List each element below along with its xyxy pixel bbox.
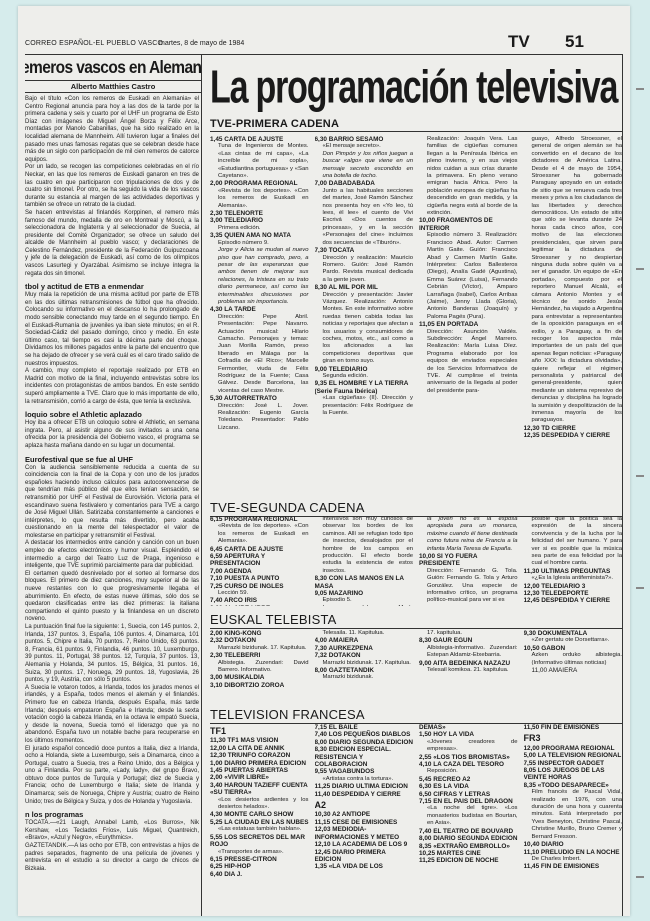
network-subheading: A2	[315, 802, 414, 809]
article-paragraph: El certamen quedó desnivelado por el sor…	[25, 571, 199, 624]
program-title: 1,35 «LA VIDA DE LOS	[315, 863, 414, 870]
program-entry: 10,00 FRAGMENTOS DE INTERIOREpisodio núm…	[419, 217, 518, 321]
program-title: 2,00 PROGRAMA REGIONAL	[210, 180, 309, 187]
program-entry: 11,30 ULTIMAS PREGUNTAS«¿Es la Iglesia a…	[524, 568, 623, 583]
program-entry: intensivos son muy curiosos de observar …	[315, 516, 414, 575]
program-entry: 12,45 DIARIO PRIMERA EDICION	[315, 849, 414, 864]
listing-column: 11,50 FIN DE EMISIONESFR312,00 PROGRAMA …	[524, 724, 623, 884]
program-entry: 12,00 TELEDIARIO 3	[524, 583, 623, 590]
listing-column: Realización: Joaquín Vera. Las familias …	[419, 136, 518, 496]
program-title: 7,30 TOCATA	[315, 247, 414, 254]
channel-heading-3: TELEVISION FRANCESA	[210, 707, 622, 724]
article-paragraph: TOCATA.—«21 Laugh, Annabel Lamb, «Los Bu…	[25, 820, 199, 843]
program-title: 4,30 MONTE CARLO SHOW	[210, 811, 309, 818]
program-title: 7,10 PUESTA A PUNTO	[210, 575, 309, 582]
program-title: 6,40 DIA J.	[210, 871, 309, 878]
channel-grid: TF111,30 TF1 MAS VISION12,00 LA CITA DE …	[210, 724, 622, 884]
listing-column: 17. kapitulua.8,30 GAUR EGUNAlbistegia-i…	[419, 630, 518, 700]
program-entry: 2,30 TELEBERRIAlbistegia. Zuzendari: Dav…	[210, 652, 309, 674]
program-title: 6,30 ES LA VIDA	[419, 783, 518, 790]
program-title: 8,00 DIARIO SEGUNDA EDICION	[419, 835, 518, 842]
program-entry: 11,30 TF1 MAS VISION	[210, 737, 309, 744]
program-entry: 8,05 LOS JUEGOS DE LAS VEINTE HORAS	[524, 767, 623, 782]
program-title: 12,00 TELEDIARIO 3	[524, 583, 623, 590]
program-description: «Las estatuas también hablan».	[210, 826, 309, 833]
program-entry: 7,40 ARCO IRIS	[210, 597, 309, 604]
program-title: 8,05 LOS JUEGOS DE LAS VEINTE HORAS	[524, 767, 623, 782]
program-entry: 1,35 «LA VIDA DE LOS	[315, 863, 414, 870]
program-entry: 3,00 TELEDIARIOPrimera edición.	[210, 217, 309, 232]
program-title: 5,00 LA TELEVISION REGIONAL	[524, 752, 623, 759]
program-description: «¿Es la Iglesia antifeminista?».	[524, 575, 623, 582]
program-title: 4,10 LA CAZA DEL TESORO	[419, 761, 518, 768]
program-title: 8,30 AL MIL POR MIL	[315, 284, 414, 291]
program-title: 10,50 GABON	[524, 645, 623, 652]
program-entry: 5,25 LA CIUDAD EN LAS NUBES«Las estatuas…	[210, 819, 309, 834]
program-synopsis: Jorge y Alicia se mudan al nuevo piso qu…	[210, 247, 309, 306]
program-description: Tuna de Ingenieros de Montes. «Las cinta…	[210, 143, 309, 180]
program-entry: 9,05 MAZARINOEpisodio 5.Los amores del r…	[315, 590, 414, 606]
program-title: 11,45 FIN DE EMISIONES	[524, 863, 623, 870]
program-synopsis: la joven no es la esposa apropiada para …	[419, 516, 518, 553]
left-article: emeros vascos en Alemania Alberto Matthi…	[25, 54, 202, 916]
program-title: 9,55 VAGABUNDOS	[315, 768, 414, 775]
listing-column: 6,15 PROGRAMA REGIONAL«Revista de los de…	[210, 516, 309, 606]
program-title: 6,15 PRESSE-CITRON	[210, 856, 309, 863]
program-title: 8,30 GAUR EGUN	[419, 637, 518, 644]
program-entry: 11,15 CESE DE EMISIONES	[315, 819, 414, 826]
program-entry: 8,00 GAZTETANDIKMarrazki bizidunak.	[315, 667, 414, 682]
program-entry: 7,15 EN EL PAIS DEL DRAGON«La noche del …	[419, 798, 518, 828]
program-entry: 8,00 DIARIO SEGUNDA EDICION	[419, 835, 518, 842]
program-description: Reposición.	[419, 768, 518, 775]
program-entry: 9,00 TELEDIARIOSegunda edición.	[315, 366, 414, 381]
program-entry: 10,50 GABONAzken orduko albistegia. (Inf…	[524, 645, 623, 667]
article-paragraph: A cambio, muy completo el reportaje real…	[25, 368, 199, 406]
program-entry: 10,00 SI YO FUERA PRESIDENTEDirección: F…	[419, 553, 518, 605]
program-entry: 4,30 LA TARDEDirección: Pepe Abril. Pres…	[210, 306, 309, 395]
program-entry: 9,35 EL HOMBRE Y LA TIERRA (Serie Fauna …	[315, 380, 414, 417]
program-description: Dirección y presentación: Javier Vázquez…	[315, 292, 414, 366]
program-title: 11,30 ULTIMAS PREGUNTAS	[524, 568, 623, 575]
program-description: «Las cigüeñas» (II). Dirección y present…	[315, 395, 414, 417]
program-description: Dirección: Asunción Valdés. Subdirección…	[419, 329, 518, 396]
program-entry: 7,40 LOS PEQUEÑOS DIABLOS	[315, 731, 414, 738]
program-description: Azken orduko albistegia. (Informativo úl…	[524, 652, 623, 667]
program-title: 9,30 DOKUMENTALA	[524, 630, 623, 637]
program-title: 12,10 LA ACADEMIA DE LOS 9	[315, 841, 414, 848]
channel-heading-2: EUSKAL TELEBISTA	[210, 612, 622, 629]
program-description: De Charles Imbert.	[524, 856, 623, 863]
article-paragraph: A Suecia le votaron todos, a Irlanda, to…	[25, 685, 199, 746]
program-entry: 1,00 DIARIO PRIMERA EDICION	[210, 760, 309, 767]
program-title: 12,30 TD CIERRE	[524, 425, 623, 432]
program-title: 12,30 TELEDEPORTE	[524, 590, 623, 597]
article-paragraph: La puntuación final fue la siguiente: 1,…	[25, 624, 199, 685]
program-entry: 7,00 AGENDA	[210, 568, 309, 575]
program-description: Albistegia-informativo. Zuzendari: Estep…	[419, 645, 518, 660]
program-entry: 5,00 LA TELEVISION REGIONAL	[524, 752, 623, 759]
program-title: 8,30 CON LAS MANOS EN LA MASA	[315, 575, 414, 590]
program-title: 11,05 EN PORTADA	[419, 321, 518, 328]
program-entry: 12,45 DESPEDIDA Y CIERRE	[524, 597, 623, 604]
program-title: 8,35 «EXTRAÑO EMBROLLO»	[419, 843, 518, 850]
program-description: Albistegia. Zuzendari: David Barrero. In…	[210, 660, 309, 675]
program-description: «La noche del tigre». «Los monasterios b…	[419, 805, 518, 827]
program-description: «Los desiertos ardientes y los desiertos…	[210, 797, 309, 812]
program-entry: 6,15 PROGRAMA REGIONAL«Revista de los de…	[210, 516, 309, 546]
article-paragraph: Por un lado, se recogen las competicione…	[25, 164, 199, 210]
listing-column: 9,30 DOKUMENTALA«Zer gertatu ote Dorsett…	[524, 630, 623, 700]
program-title: 5,45 RECREO A2	[419, 776, 518, 783]
listing-column: posible que la política sea la expresión…	[524, 516, 623, 606]
program-entry: 11,05 EN PORTADADirección: Asunción Vald…	[419, 321, 518, 395]
program-entry: 2,30 TELENORTE	[210, 210, 309, 217]
program-entry: 12,10 LA ACADEMIA DE LOS 9	[315, 841, 414, 848]
program-title: 12,45 DESPEDIDA Y CIERRE	[524, 597, 623, 604]
program-description: Episodio 5.	[315, 597, 414, 604]
program-title: 7,32 DOTAKON	[315, 652, 414, 659]
program-description: Lección 59.	[210, 590, 309, 597]
program-entry: 8,00 AL AIRE LIBRE«El efecto borde». En …	[210, 605, 309, 606]
program-synopsis: Los amores del rey con María preocupan a…	[315, 605, 414, 606]
program-description: posible que la política sea la expresión…	[524, 516, 623, 568]
article-paragraph: El jurado español concedió doce puntos a…	[25, 746, 199, 807]
program-title: 7,40 EL TEATRO DE BOUVARD	[419, 828, 518, 835]
program-title: 6,59 APERTURA Y PRESENTACION	[210, 553, 309, 568]
program-entry: 7,40 EL TEATRO DE BOUVARD	[419, 828, 518, 835]
article-byline: Alberto Matthies Castro	[25, 80, 201, 93]
program-entry: 12,30 TRIUNFO CORAZON	[210, 752, 309, 759]
scan-artifact	[636, 268, 644, 270]
program-title: 7,40 ARCO IRIS	[210, 597, 309, 604]
program-entry: 2,00 KING-KONG	[210, 630, 309, 637]
program-entry: 2,00 «VIVIR LIBRE»	[210, 774, 309, 781]
program-title: 11,30 TF1 MAS VISION	[210, 737, 309, 744]
program-title: 12,00 LA CITA DE ANNIK	[210, 745, 309, 752]
program-title: 7,55 INSPECTOR GADGET	[524, 760, 623, 767]
program-title: 8,30 EDICION ESPECIAL. RESISTENCIA Y COL…	[315, 746, 414, 768]
program-entry: 5,55 LOS SECRETOS DEL MAR ROJO«Transport…	[210, 834, 309, 856]
channel-grid: 6,15 PROGRAMA REGIONAL«Revista de los de…	[210, 516, 622, 606]
channel-grid: 2,00 KING-KONG2,32 DOTAKONMarrazki bizid…	[210, 630, 622, 700]
newspaper-name: CORREO ESPAÑOL-EL PUEBLO VASCO	[25, 40, 163, 47]
program-title: 1,45 PUERTAS ABIERTAS	[210, 767, 309, 774]
program-entry: 10,40 DIARIO	[524, 841, 623, 848]
program-entry: 11,45 FIN DE EMISIONES	[524, 863, 623, 870]
listing-column: TF111,30 TF1 MAS VISION12,00 LA CITA DE …	[210, 724, 309, 884]
program-entry: 12,00 PROGRAMA REGIONAL	[524, 745, 623, 752]
program-entry: 11,10 PRELUDIO EN LA NOCHEDe Charles Imb…	[524, 849, 623, 864]
program-title: 4,30 LA TARDE	[210, 306, 309, 313]
program-description: Telesaila. 11. Kapitulua.	[315, 630, 414, 637]
program-entry: 7,55 INSPECTOR GADGET	[524, 760, 623, 767]
program-title: 2,32 DOTAKON	[210, 637, 309, 644]
channel-heading-0: TVE-PRIMERA CADENA	[210, 118, 622, 132]
program-description: Marrazki bizidunak.	[315, 674, 414, 681]
program-title: 4,00 AMAIERA	[315, 637, 414, 644]
program-description: Episodio número 9.	[210, 240, 309, 247]
program-description: Dirección: Fernando G. Tola. Guión: Fern…	[419, 568, 518, 605]
program-title: 8,00 DIARIO SEGUNDA EDICION	[315, 739, 414, 746]
program-entry: 11,00 AMAIERA	[524, 667, 623, 674]
article-subheading: n los programas	[25, 810, 201, 819]
program-entry: 12,30 TELEDEPORTE	[524, 590, 623, 597]
program-entry: 8,30 AL MIL POR MILDirección y presentac…	[315, 284, 414, 365]
program-description: Dirección: Pepe Abril. Presentación: Pep…	[210, 314, 309, 395]
program-title: 1,00 DIARIO PRIMERA EDICION	[210, 760, 309, 767]
article-subheading: tbol y actitud de ETB a enmendar	[25, 282, 201, 291]
listing-column: Telesaila. 11. Kapitulua.4,00 AMAIERA7,3…	[315, 630, 414, 700]
program-entry: 8,00 DIARIO SEGUNDA EDICION	[315, 739, 414, 746]
article-paragraph: Se hacen entrevistas al finlandés Korppi…	[25, 210, 199, 278]
program-title: 7,30 AURKEZPENA	[315, 645, 414, 652]
program-description: Marrazki bizidunak. 17. Kapitulua.	[315, 660, 414, 667]
program-title: 7,40 LOS PEQUEÑOS DIABLOS	[315, 731, 414, 738]
right-rule	[622, 54, 623, 916]
program-title: 10,00 SI YO FUERA PRESIDENTE	[419, 553, 518, 568]
article-paragraph: Muy mala la repetición de una misma acti…	[25, 292, 199, 368]
program-entry: 10,30 A2 ANTIOPE	[315, 811, 414, 818]
program-entry: 12,00 LA CITA DE ANNIK	[210, 745, 309, 752]
program-description: Marrazki bizidunak. 17. Kapitulua.	[210, 645, 309, 652]
program-entry: 7,32 DOTAKONMarrazki bizidunak. 17. Kapi…	[315, 652, 414, 667]
program-description: «El mensaje secreto».	[315, 143, 414, 150]
program-entry: 11,25 EDICION DE NOCHE	[419, 857, 518, 864]
program-description: Primera edición.	[210, 225, 309, 232]
listing-column: 1,45 CARTA DE AJUSTETuna de Ingenieros d…	[210, 136, 309, 496]
program-description: Junto a las habituales secciones del mar…	[315, 188, 414, 247]
program-title: 6,25 HIP-HOP	[210, 863, 309, 870]
program-entry: 6,50 CIFRAS Y LETRAS	[419, 791, 518, 798]
section-label: TV	[508, 32, 530, 52]
program-entry: 8,30 EDICION ESPECIAL. RESISTENCIA Y COL…	[315, 746, 414, 768]
program-title: 5,25 LA CIUDAD EN LAS NUBES	[210, 819, 309, 826]
program-title: 8,35 «TODO DESAPARECE»	[524, 782, 623, 789]
program-entry: 17. kapitulua.	[419, 630, 518, 637]
program-title: 3,00 TELEDIARIO	[210, 217, 309, 224]
program-description: «Jóvenes creadores de empresas».	[419, 739, 518, 754]
program-synopsis: Don Pimpón y los niños juegan a buscar «…	[315, 151, 414, 181]
program-entry: 6,59 APERTURA Y PRESENTACION	[210, 553, 309, 568]
network-subheading: FR3	[524, 735, 623, 742]
article-subheading: loquio sobre el Athletic aplazado	[25, 410, 201, 419]
program-entry: 8,30 CON LAS MANOS EN LA MASA	[315, 575, 414, 590]
program-title: 6,50 CIFRAS Y LETRAS	[419, 791, 518, 798]
program-entry: 2,32 DOTAKONMarrazki bizidunak. 17. Kapi…	[210, 637, 309, 652]
program-entry: la joven no es la esposa apropiada para …	[419, 516, 518, 553]
scan-artifact	[636, 88, 644, 90]
program-entry: 3,35 QUIEN AMA NO MATAEpisodio número 9.…	[210, 232, 309, 306]
listing-column: la joven no es la esposa apropiada para …	[419, 516, 518, 606]
program-entry: 12,35 DESPEDIDA Y CIERRE	[524, 432, 623, 439]
program-title: 6,30 BARRIO SESAMO	[315, 136, 414, 143]
program-title: 9,35 EL HOMBRE Y LA TIERRA (Serie Fauna …	[315, 380, 414, 395]
program-entry: DEMAS»	[419, 724, 518, 731]
program-entry: guayo, Alfredo Stroessner, el general de…	[524, 136, 623, 425]
listing-column: DEMAS»1,50 HOY LA VIDA«Jóvenes creadores…	[419, 724, 518, 884]
program-description: «Transportes de armas».	[210, 849, 309, 856]
program-title: 11,15 CESE DE EMISIONES	[315, 819, 414, 826]
program-entry: 1,50 HOY LA VIDA«Jóvenes creadores de em…	[419, 731, 518, 753]
program-title: 12,00 PROGRAMA REGIONAL	[524, 745, 623, 752]
program-entry: 8,35 «EXTRAÑO EMBROLLO»	[419, 843, 518, 850]
program-title: 10,40 DIARIO	[524, 841, 623, 848]
program-title: 9,00 TELEDIARIO	[315, 366, 414, 373]
program-description: «Zer gertatu ote Dorsettarra».	[524, 637, 623, 644]
article-paragraph: GAZTETANDIK.—A las ocho por ETB, con ent…	[25, 843, 199, 873]
channel-grid: 1,45 CARTA DE AJUSTETuna de Ingenieros d…	[210, 136, 622, 496]
listing-column: 6,30 BARRIO SESAMO«El mensaje secreto».D…	[315, 136, 414, 496]
network-subheading: TF1	[210, 728, 309, 735]
program-title: 2,30 TELENORTE	[210, 210, 309, 217]
program-description: Segunda edición.	[315, 373, 414, 380]
program-title: 7,25 CURSO DE INGLES	[210, 583, 309, 590]
program-entry: 3,00 MUSIKALDIA	[210, 674, 309, 681]
program-title: 1,45 CARTA DE AJUSTE	[210, 136, 309, 143]
listing-column: 2,00 KING-KONG2,32 DOTAKONMarrazki bizid…	[210, 630, 309, 700]
program-description: guayo, Alfredo Stroessner, el general de…	[524, 136, 623, 425]
program-title: 9,05 MAZARINO	[315, 590, 414, 597]
program-title: 6,45 CARTA DE AJUSTE	[210, 546, 309, 553]
program-title: 3,00 MUSIKALDIA	[210, 674, 309, 681]
scan-artifact	[636, 876, 644, 878]
program-entry: 5,30 AUTORRETRATODirección: José L. Jove…	[210, 395, 309, 432]
program-entry: 6,15 PRESSE-CITRON	[210, 856, 309, 863]
program-title: 11,25 DIARIO ULTIMA EDICION	[315, 783, 414, 790]
page-header: CORREO ESPAÑOL-EL PUEBLO VASCO martes, 8…	[25, 32, 622, 55]
program-entry: 1,45 CARTA DE AJUSTETuna de Ingenieros d…	[210, 136, 309, 180]
page-number: 51	[565, 32, 584, 52]
program-title: 11,10 PRELUDIO EN LA NOCHE	[524, 849, 623, 856]
program-entry: 4,10 LA CAZA DEL TESOROReposición.	[419, 761, 518, 776]
program-entry: 9,00 AITA BEDEINKA NAZAZUTelesail komiko…	[419, 660, 518, 675]
listing-column: 7,15 EL BAILE7,40 LOS PEQUEÑOS DIABLOS8,…	[315, 724, 414, 884]
program-entry: 12,30 TD CIERRE	[524, 425, 623, 432]
article-paragraph: Bajo el título «Con los remeros de Euska…	[25, 96, 199, 164]
program-title: 3,10 DIBORTZIO ZOROA	[210, 682, 309, 689]
program-entry: 6,40 DIA J.	[210, 871, 309, 878]
program-title: 6,15 PROGRAMA REGIONAL	[210, 516, 309, 523]
program-entry: posible que la política sea la expresión…	[524, 516, 623, 568]
program-title: 3,40 HAROUN TAZIEFF CUENTA «SU TIERRA»	[210, 782, 309, 797]
program-title: 10,00 FRAGMENTOS DE INTERIOR	[419, 217, 518, 232]
program-entry: 3,10 DIBORTZIO ZOROA	[210, 682, 309, 689]
article-paragraph: Con la audiencia sensiblemente reducida …	[25, 465, 199, 541]
program-description: Dirección y realización: Mauricio Romero…	[315, 255, 414, 285]
program-entry: 1,45 PUERTAS ABIERTAS	[210, 767, 309, 774]
program-entry: 6,30 BARRIO SESAMO«El mensaje secreto».D…	[315, 136, 414, 180]
program-entry: 5,45 RECREO A2	[419, 776, 518, 783]
program-title: 2,30 TELEBERRI	[210, 652, 309, 659]
program-entry: 12,03 MEDIODIA-INFORMACIONES Y METEO	[315, 826, 414, 841]
listing-column: intensivos son muy curiosos de observar …	[315, 516, 414, 606]
program-title: 12,30 TRIUNFO CORAZON	[210, 752, 309, 759]
program-title: 11,50 FIN DE EMISIONES	[524, 724, 623, 731]
program-title: 2,55 «LOS TIOS BROMISTAS»	[419, 754, 518, 761]
program-title: 2,00 «VIVIR LIBRE»	[210, 774, 309, 781]
program-description: «Revista de los deportes». «Con los reme…	[210, 188, 309, 210]
program-description: Film francés de Pascal Vidal, realizado …	[524, 789, 623, 841]
program-description: Telesail komikoa. 21. kapitulua.	[419, 667, 518, 674]
program-description: 17. kapitulua.	[419, 630, 518, 637]
article-title: emeros vascos en Alemania	[25, 58, 201, 79]
program-entry: 7,30 TOCATADirección y realización: Maur…	[315, 247, 414, 284]
program-title: 8,00 AL AIRE LIBRE	[210, 605, 309, 606]
program-description: Episodio número 3. Realización: Francisc…	[419, 232, 518, 321]
program-title: 11,40 DESPEDIDA Y CIERRE	[315, 791, 414, 798]
program-description: intensivos son muy curiosos de observar …	[315, 516, 414, 575]
program-title: DEMAS»	[419, 724, 518, 731]
program-entry: Telesaila. 11. Kapitulua.	[315, 630, 414, 637]
program-title: 9,00 AITA BEDEINKA NAZAZU	[419, 660, 518, 667]
program-entry: 9,30 DOKUMENTALA«Zer gertatu ote Dorsett…	[524, 630, 623, 645]
program-title: 5,55 LOS SECRETOS DEL MAR ROJO	[210, 834, 309, 849]
program-title: 10,30 A2 ANTIOPE	[315, 811, 414, 818]
program-entry: Realización: Joaquín Vera. Las familias …	[419, 136, 518, 217]
program-entry: 7,10 PUESTA A PUNTO	[210, 575, 309, 582]
program-entry: 7,30 AURKEZPENA	[315, 645, 414, 652]
program-title: 5,30 AUTORRETRATO	[210, 395, 309, 402]
program-entry: 11,25 DIARIO ULTIMA EDICION	[315, 783, 414, 790]
program-description: Dirección: José L. Jover. Realización: E…	[210, 403, 309, 433]
program-entry: 8,35 «TODO DESAPARECE»Film francés de Pa…	[524, 782, 623, 841]
channel-heading-1: TVE-SEGUNDA CADENA	[210, 500, 622, 517]
program-title: 11,00 AMAIERA	[524, 667, 623, 674]
program-entry: 4,30 MONTE CARLO SHOW	[210, 811, 309, 818]
program-title: 2,00 KING-KONG	[210, 630, 309, 637]
scan-artifact	[636, 587, 644, 589]
program-title: 10,25 MARTES CINE	[419, 850, 518, 857]
program-title: 7,00 DABADABADA	[315, 180, 414, 187]
program-entry: 7,25 CURSO DE INGLESLección 59.	[210, 583, 309, 598]
article-body: Bajo el título «Con los remeros de Euska…	[25, 96, 201, 873]
program-entry: 6,45 CARTA DE AJUSTE	[210, 546, 309, 553]
program-entry: 8,30 GAUR EGUNAlbistegia-informativo. Zu…	[419, 637, 518, 659]
program-entry: 10,25 MARTES CINE	[419, 850, 518, 857]
program-title: 7,00 AGENDA	[210, 568, 309, 575]
program-title: 12,35 DESPEDIDA Y CIERRE	[524, 432, 623, 439]
program-entry: 3,40 HAROUN TAZIEFF CUENTA «SU TIERRA»«L…	[210, 782, 309, 812]
program-entry: 7,00 DABADABADAJunto a las habituales se…	[315, 180, 414, 247]
article-paragraph: A destacar los intermedios entre canción…	[25, 540, 199, 570]
program-title: 12,45 DIARIO PRIMERA EDICION	[315, 849, 414, 864]
program-entry: 11,40 DESPEDIDA Y CIERRE	[315, 791, 414, 798]
program-entry: 9,55 VAGABUNDOS«Artistas contra la tortu…	[315, 768, 414, 783]
program-description: «Revista de los deportes». «Con los reme…	[210, 523, 309, 545]
program-entry: 11,50 FIN DE EMISIONES	[524, 724, 623, 731]
scan-artifact	[636, 475, 644, 477]
program-title: 12,03 MEDIODIA-INFORMACIONES Y METEO	[315, 826, 414, 841]
program-title: 7,15 EN EL PAIS DEL DRAGON	[419, 798, 518, 805]
article-paragraph: Hoy iba a ofrecer ETB un coloquio sobre …	[25, 420, 199, 450]
program-entry: 2,00 PROGRAMA REGIONAL«Revista de los de…	[210, 180, 309, 210]
program-title: 1,50 HOY LA VIDA	[419, 731, 518, 738]
program-entry: 6,30 ES LA VIDA	[419, 783, 518, 790]
program-title: 3,35 QUIEN AMA NO MATA	[210, 232, 309, 239]
program-title: 8,00 GAZTETANDIK	[315, 667, 414, 674]
page-title: La programación televisiva	[210, 62, 622, 115]
program-entry: 2,55 «LOS TIOS BROMISTAS»	[419, 754, 518, 761]
program-entry: 6,25 HIP-HOP	[210, 863, 309, 870]
issue-date: martes, 8 de mayo de 1984	[159, 40, 244, 47]
program-description: «Artistas contra la tortura».	[315, 776, 414, 783]
program-title: 11,25 EDICION DE NOCHE	[419, 857, 518, 864]
program-description: Realización: Joaquín Vera. Las familias …	[419, 136, 518, 217]
program-entry: 4,00 AMAIERA	[315, 637, 414, 644]
article-subheading: Eurofestival que se fue al UHF	[25, 455, 201, 464]
listing-column: guayo, Alfredo Stroessner, el general de…	[524, 136, 623, 496]
